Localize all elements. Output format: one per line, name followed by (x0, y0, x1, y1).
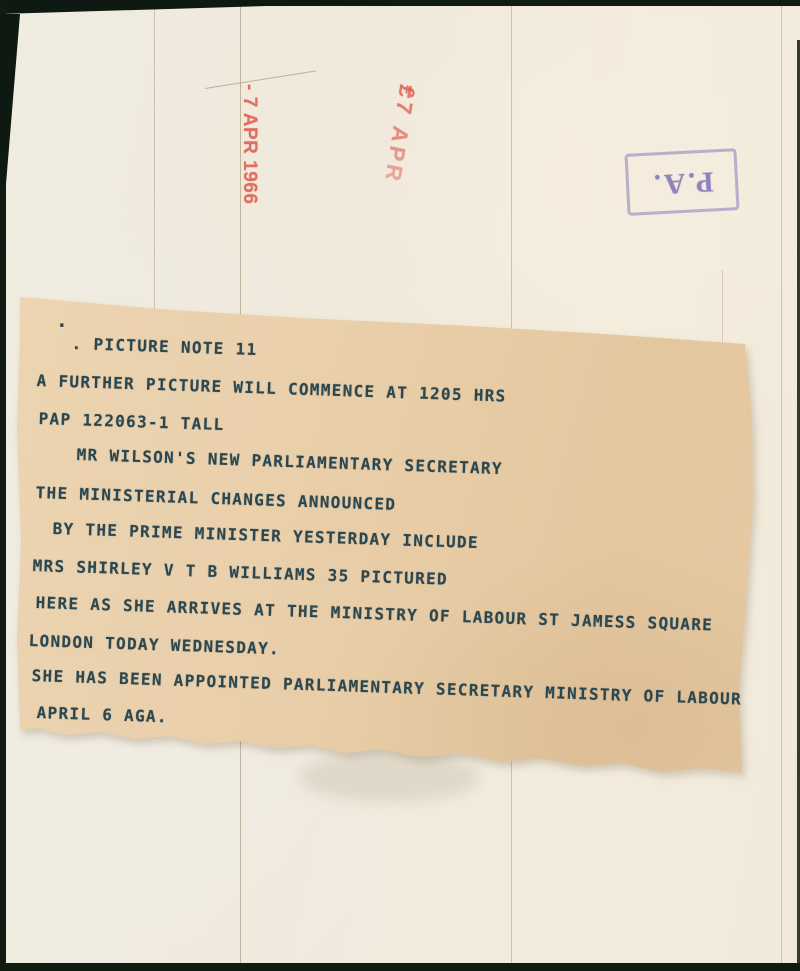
paper-edge-smudge (300, 752, 480, 802)
photo-edge-bottom (0, 963, 800, 971)
stray-ink-dot: . (56, 308, 69, 332)
